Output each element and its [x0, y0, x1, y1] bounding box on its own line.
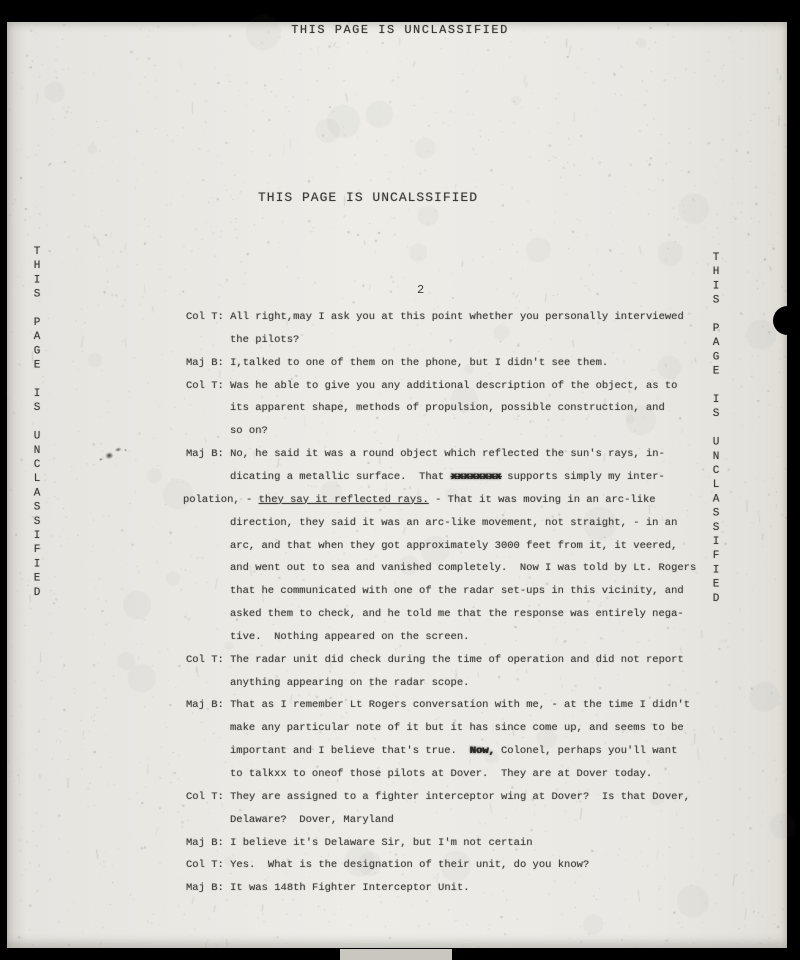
transcript-line: make any particular note of it but it ha… — [230, 722, 684, 734]
transcript-line: Maj B: I believe it's Delaware Sir, but … — [186, 837, 533, 849]
transcript-line: Col T: Was he able to give you any addit… — [186, 380, 677, 392]
transcript-line: Col T: All right,may I ask you at this p… — [186, 311, 684, 323]
transcript-line: Col T: They are assigned to a fighter in… — [186, 791, 690, 803]
transcript-line: Maj B: No, he said it was a round object… — [186, 448, 665, 460]
transcript-line: the pilots? — [230, 334, 299, 346]
transcript-line: Col T: The radar unit did check during t… — [186, 654, 684, 666]
transcript-line: arc, and that when they got approximatel… — [230, 540, 677, 552]
transcript-line: that he communicated with one of the rad… — [230, 585, 684, 597]
document-page — [7, 22, 787, 948]
right-margin-classification-stamp: THIS PAGE IS UNCLASSIFIED — [710, 252, 722, 607]
transcript-line: Maj B: I,talked to one of them on the ph… — [186, 357, 608, 369]
transcript-line: Delaware? Dover, Maryland — [230, 814, 394, 826]
transcript-line: dicating a metallic surface. That xxxxxx… — [230, 471, 665, 483]
transcript-line: Col T: Yes. What is the designation of t… — [186, 859, 589, 871]
transcript-line: anything appearing on the radar scope. — [230, 677, 469, 689]
transcript-line: asked them to check, and he told me that… — [230, 608, 684, 620]
transcript-line: tive. Nothing appeared on the screen. — [230, 631, 469, 643]
transcript-line: direction, they said it was an arc-like … — [230, 517, 677, 529]
scanned-document: THIS PAGE IS UNCLASSIFIED THIS PAGE IS U… — [0, 0, 800, 960]
transcript-line: and went out to sea and vanished complet… — [230, 562, 696, 574]
transcript-line: to talkxx to oneof those pilots at Dover… — [230, 768, 652, 780]
page-number: 2 — [417, 283, 424, 297]
transcript-line: Maj B: It was 148th Fighter Interceptor … — [186, 882, 470, 894]
transcript-line: its apparent shape, methods of propulsio… — [230, 402, 665, 414]
top-classification-stamp: THIS PAGE IS UNCLASSIFIED — [0, 23, 800, 37]
transcript-line: polation, - they say it reflected rays. … — [183, 494, 656, 506]
left-margin-classification-stamp: THIS PAGE IS UNCLASSIFIED — [31, 246, 43, 601]
transcript-line: so on? — [230, 425, 268, 437]
transcript-line: Maj B: That as I remember Lt Rogers conv… — [186, 699, 690, 711]
scan-bottom-fragment — [340, 949, 452, 960]
transcript-line: important and I believe that's true. Now… — [230, 745, 677, 757]
page-classification-title: THIS PAGE IS UNCALSSIFIED — [258, 190, 478, 205]
